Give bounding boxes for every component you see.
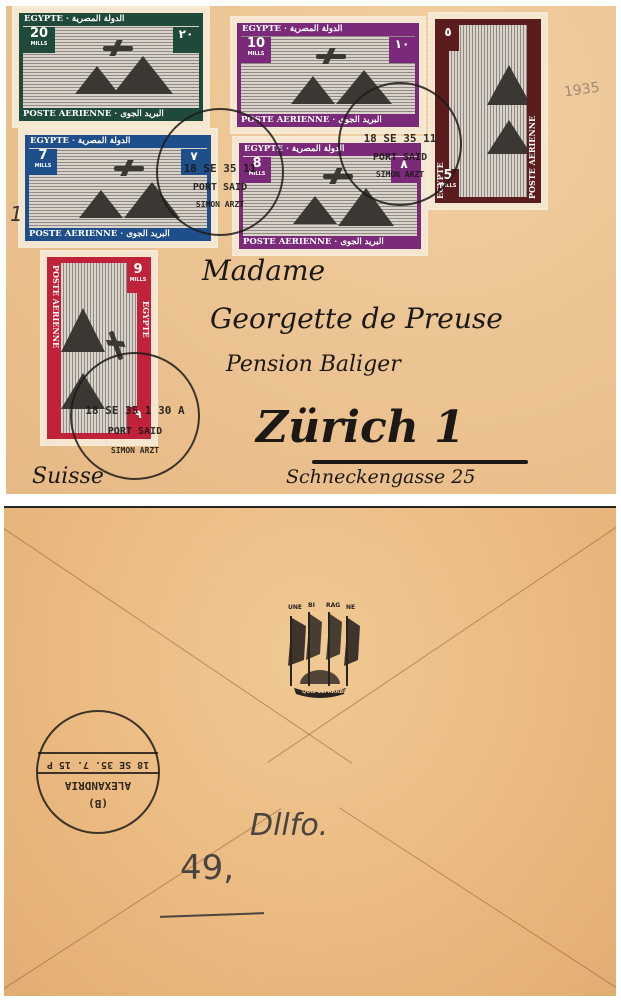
flap-line [339, 807, 616, 988]
stamp-unit: MILLS [127, 277, 149, 283]
coat-of-arms-crest: UNE BI RAG NE QUIS SEPARABIT [270, 604, 370, 704]
envelope-front: EGYPTE · الدولة المصرية 20MILLS ٢٠ POSTE… [6, 6, 616, 494]
stamp-arabic-caption: البريد الجوى [340, 237, 383, 247]
postmark-port-said: 18 SE 35 11 PORT SAID SIMON ARZT [338, 82, 462, 206]
pencil-year-note: 1935 [563, 80, 601, 101]
address-city: Zürich 1 [256, 402, 465, 453]
stamp-arabic-country: الدولة المصرية [290, 24, 342, 34]
stamp-arabic-value: ٥ [437, 25, 459, 51]
postmark-date: 18 SE 35. 7. 15 P [45, 759, 151, 770]
stamp-arabic-caption: البريد الجوى [120, 109, 163, 119]
pencil-mark: 1 [10, 202, 23, 226]
stamp-value: 7 [29, 149, 57, 163]
pencil-number: 49, [180, 848, 234, 888]
stamp-value: 9 [127, 263, 149, 277]
stamp-caption: POSTE AERIENNE [29, 229, 117, 239]
stamp-value: 10 [241, 37, 271, 51]
postmark-city: PORT SAID [80, 426, 191, 437]
crest-motto-word: NE [346, 604, 355, 611]
address-city-underline [312, 460, 528, 464]
postmark-time: 11 [423, 132, 436, 145]
address-line-2: Georgette de Preuse [210, 302, 503, 335]
crest-motto-word: BI [308, 602, 315, 609]
flap-line [4, 808, 281, 989]
postmark-time: 1 30 A [145, 404, 185, 417]
stamp-caption: POSTE AERIENNE [23, 109, 111, 119]
postmark-office: SIMON ARZT [165, 200, 274, 209]
address-line-1: Madame [202, 254, 325, 287]
stamp-unit: MILLS [29, 163, 57, 169]
crest-motto-word: RAG [326, 602, 340, 609]
stamp-unit: MILLS [241, 51, 271, 57]
postmark-date: 18 SE 35 [364, 132, 417, 145]
pencil-number-underline [160, 912, 264, 918]
stamp-caption: POSTE AERIENNE [243, 237, 331, 247]
postmark-city: PORT SAID [347, 152, 453, 163]
postmark-date: 18 SE 35 [85, 404, 138, 417]
stamp-arabic-country: الدولة المصرية [292, 144, 344, 154]
postmark-port-said: 18 SE 35 1 30 A PORT SAID SIMON ARZT [70, 352, 200, 480]
postmark-port-said: 18 SE 35 11 PORT SAID SIMON ARZT [156, 108, 284, 236]
stamp-value: 20 [23, 27, 55, 41]
postmark-city: ALEXANDRIA [45, 779, 151, 792]
stamp-arabic-country: الدولة المصرية [72, 14, 124, 24]
address-street: Schneckengasse 25 [286, 466, 475, 488]
stamp-arabic-country: الدولة المصرية [78, 136, 130, 146]
stamp-20-mills: EGYPTE · الدولة المصرية 20MILLS ٢٠ POSTE… [12, 6, 210, 128]
postmark-office: SIMON ARZT [80, 446, 191, 455]
postmark-alexandria: (B) ALEXANDRIA 18 SE 35. 7. 15 P [36, 710, 160, 834]
pencil-initials: Dllfo. [250, 808, 328, 843]
postmark-office: (B) [45, 797, 151, 810]
stamp-country: EGYPTE [24, 14, 63, 24]
address-line-3: Pension Baliger [226, 352, 401, 377]
stamp-country: EGYPTE [242, 24, 281, 34]
stamp-caption: POSTE AERIENNE [47, 265, 61, 415]
postmark-date: 18 SE 35 [184, 162, 237, 175]
crest-motto-bottom: QUIS SEPARABIT [302, 689, 348, 695]
stamp-caption: POSTE AERIENNE [527, 59, 541, 199]
postmark-city: PORT SAID [165, 182, 274, 193]
stamp-country: EGYPTE [30, 136, 69, 146]
postmark-office: SIMON ARZT [347, 170, 453, 179]
stamp-arabic-value: ١٠ [389, 37, 415, 63]
envelope-back: UNE BI RAG NE QUIS SEPARABIT (B) ALEXAND… [4, 506, 616, 996]
stamp-arabic-value: ٢٠ [173, 27, 199, 53]
stamp-unit: MILLS [23, 41, 55, 47]
address-country: Suisse [32, 464, 104, 489]
postmark-time: 11 [243, 162, 256, 175]
crest-motto-word: UNE [288, 604, 302, 611]
stamp-arabic-caption: البريد الجوى [126, 229, 169, 239]
